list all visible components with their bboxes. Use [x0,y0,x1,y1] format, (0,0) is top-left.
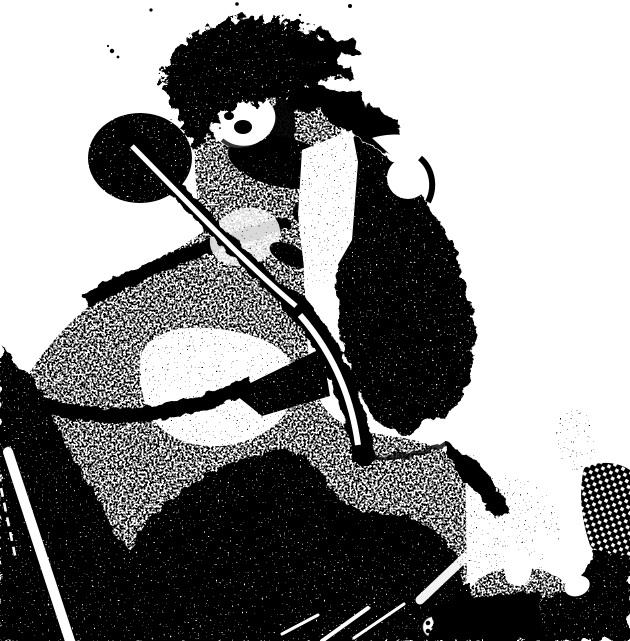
photo-canvas: High-contrast black-and-white press phot… [0,0,630,641]
photograph: High-contrast black-and-white press phot… [0,0,630,641]
hand-speckle-1 [440,475,560,585]
hand-speckle-3 [553,410,597,470]
ear-concha-shadow [234,120,252,134]
lap-mid-speckle-strip [290,492,430,548]
